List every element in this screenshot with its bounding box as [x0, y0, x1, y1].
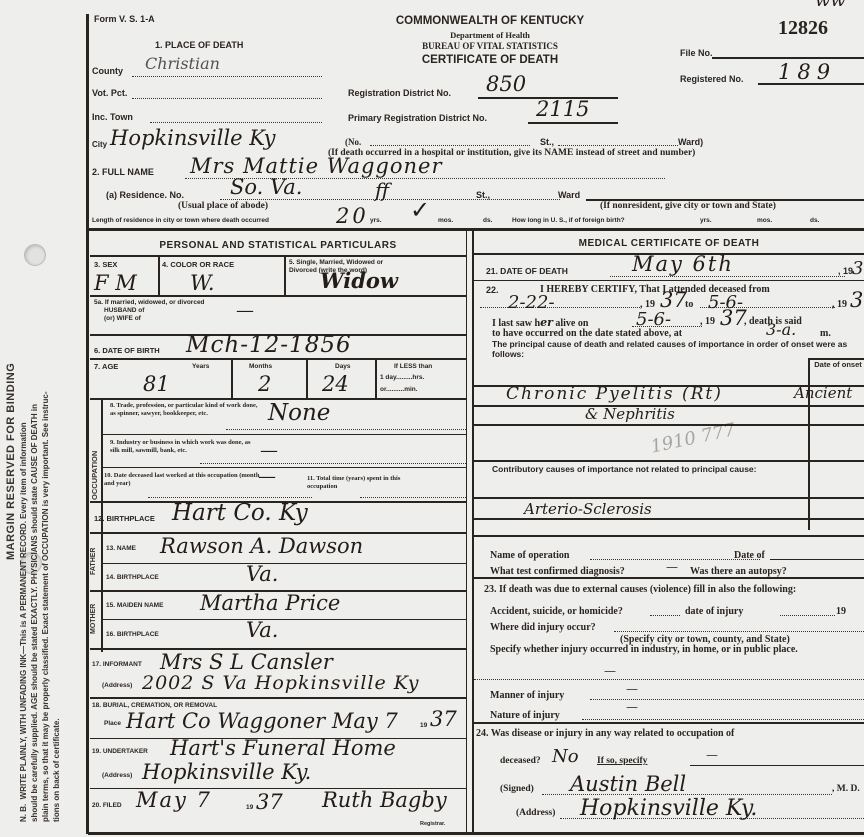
- occurred-label: to have occurred on the date stated abov…: [492, 328, 682, 339]
- nature-rule: [474, 722, 864, 724]
- check-mark: ✓: [410, 196, 430, 224]
- years-label: Years: [192, 363, 209, 371]
- principal-cause-label: The principal cause of death and related…: [492, 339, 864, 359]
- dod-label: 21. DATE OF DEATH: [486, 266, 568, 276]
- filed-year-prefix: 19: [246, 804, 253, 812]
- city-value: Hopkinsville Ky: [110, 126, 275, 150]
- file-no-line: [712, 57, 864, 59]
- date-injury-label: date of injury: [685, 606, 743, 617]
- informant-value: Mrs S L Cansler: [160, 650, 333, 674]
- corner-annotation: ww: [815, 0, 846, 11]
- deceased-value: No: [552, 746, 579, 767]
- cause-2-value: & Nephritis: [585, 405, 675, 423]
- occ-rule-2: [102, 467, 466, 468]
- age-label: 7. AGE: [94, 362, 118, 371]
- binding-hole-top: [24, 244, 46, 266]
- margin-instructions: N. B. WRITE PLAINLY, WITH UNFADING INK—T…: [18, 392, 62, 822]
- operation-rule: [474, 577, 864, 579]
- last-worked-label: 10. Date deceased last worked at this oc…: [104, 472, 269, 488]
- place-of-death-title: 1. PLACE OF DEATH: [155, 40, 243, 50]
- burial-value: Hart Co Waggoner May 7: [126, 709, 398, 733]
- dod-rule: [474, 280, 864, 281]
- certify-number: 22.: [486, 285, 499, 295]
- primary-district-line: [528, 122, 618, 124]
- sex-value: F M: [94, 271, 137, 295]
- mother-rule: [102, 619, 466, 620]
- physician-address-value: Hopkinsville Ky.: [580, 796, 757, 821]
- where-line: [614, 631, 864, 632]
- spouse-value: —: [236, 300, 254, 321]
- spouse-label-3: (or) WIFE of: [104, 315, 141, 323]
- residence-label: (a) Residence. No.: [106, 190, 184, 200]
- registration-district-value: 850: [486, 72, 526, 96]
- test-label: What test confirmed diagnosis?: [490, 566, 625, 577]
- less-than-label: If LESS than: [394, 363, 432, 371]
- md-label: , M. D.: [832, 784, 860, 794]
- father-side-label: FATHER: [90, 548, 97, 575]
- inc-town-label: Inc. Town: [92, 112, 133, 122]
- undertaker-value: Hart's Funeral Home: [170, 736, 396, 760]
- age-days-value: 24: [322, 372, 349, 396]
- test-value: —: [666, 560, 678, 574]
- age-divider-3: [375, 358, 377, 398]
- foreign-birth-label: How long in U. S., if of foreign birth?: [512, 217, 625, 225]
- filed-label: 20. FILED: [92, 802, 122, 810]
- to-year-prefix: , 19: [832, 299, 847, 310]
- date-injury-year: 19: [836, 606, 846, 617]
- margin-reserved-text: MARGIN RESERVED FOR BINDING: [5, 363, 17, 560]
- form-left-border: [86, 14, 89, 834]
- days-label: Days: [335, 363, 351, 371]
- nature-label: Nature of injury: [490, 710, 560, 721]
- mother-side-label: MOTHER: [90, 604, 97, 634]
- ward-label: Ward): [678, 137, 703, 147]
- registrar-label: Registrar.: [420, 821, 445, 827]
- total-time-label: 11. Total time (years) spent in this occ…: [307, 475, 417, 491]
- undertaker-address-label: (Address): [102, 772, 132, 780]
- inc-town-line: [150, 122, 322, 123]
- length-yrs-label: yrs.: [370, 217, 382, 225]
- spouse-label-1: 5a. If married, widowed, or divorced: [94, 299, 205, 307]
- trade-value: None: [268, 400, 330, 426]
- from-value: 2-22-: [508, 292, 555, 313]
- occupation-side-label: OCCUPATION: [90, 451, 99, 500]
- external-label: 23. If death was due to external causes …: [484, 585, 864, 595]
- signed-label: (Signed): [500, 784, 534, 794]
- accident-line: [650, 615, 680, 616]
- filed-year: 37: [256, 790, 283, 814]
- vot-pct-label: Vot. Pct.: [92, 88, 127, 98]
- last-worked-value: —: [258, 466, 276, 487]
- medical-section-title: MEDICAL CERTIFICATE OF DEATH: [474, 238, 864, 249]
- manner-label: Manner of injury: [490, 690, 564, 701]
- row-rule-3: [90, 358, 466, 360]
- primary-district-label: Primary Registration District No.: [348, 113, 487, 123]
- residence-value: So. Va.: [230, 175, 302, 199]
- us-mos-label: mos.: [757, 217, 772, 225]
- or-min-label: or..........min.: [380, 386, 418, 394]
- file-no-label: File No.: [680, 48, 713, 58]
- father-rule: [102, 563, 466, 564]
- specify-where-value: —: [604, 664, 616, 678]
- color-value: W.: [190, 271, 215, 295]
- residence-ward-label: Ward: [558, 190, 580, 200]
- burial-year: 37: [430, 707, 457, 731]
- one-day-label: 1 day.........hrs.: [380, 374, 424, 382]
- alive-year-prefix: , 19: [700, 316, 715, 327]
- where-label: Where did injury occur?: [490, 622, 596, 633]
- commonwealth-title: COMMONWEALTH OF KENTUCKY: [355, 15, 625, 27]
- father-name-label: 13. NAME: [106, 545, 136, 553]
- sex-label: 3. SEX: [94, 260, 117, 269]
- parents-side-divider: [101, 532, 103, 652]
- from-line: [480, 307, 640, 308]
- city-label: City: [92, 140, 107, 149]
- specify-where-label: Specify whether injury occurred in indus…: [490, 645, 864, 655]
- total-time-line: [360, 497, 466, 498]
- informant-address-value: 2002 S Va Hopkinsville Ky: [142, 672, 420, 694]
- father-birthplace-label: 14. BIRTHPLACE: [106, 574, 159, 582]
- operation-date-label: Date of: [734, 550, 765, 561]
- center-divider: [472, 228, 474, 834]
- autopsy-label: Was there an autopsy?: [690, 566, 787, 577]
- cause-rule-3: [474, 424, 864, 426]
- form-number: Form V. S. 1-A: [94, 14, 155, 24]
- no-label: (No.: [345, 137, 361, 147]
- dod-year: 37: [852, 258, 864, 279]
- manner-value: —: [626, 682, 638, 696]
- county-label: County: [92, 66, 123, 76]
- informant-address-label: (Address): [102, 682, 132, 690]
- if-so-value: —: [706, 748, 718, 762]
- cause-1-value: Chronic Pyelitis (Rt): [506, 384, 723, 404]
- if-so-label: If so, specify: [597, 756, 647, 766]
- date-injury-line: [780, 615, 835, 616]
- contrib-rule-3: [474, 535, 864, 537]
- street-no-line: [370, 145, 530, 146]
- alive-on-value: 5-6-: [636, 309, 671, 330]
- death-certificate: MARGIN RESERVED FOR BINDING N. B. WRITE …: [0, 0, 864, 837]
- date-onset-label: Date of onset: [812, 361, 864, 369]
- cause-rule-4: [474, 460, 864, 462]
- length-residence-label: Length of residence in city or town wher…: [92, 217, 269, 225]
- filed-value: May 7: [136, 788, 212, 812]
- to-year: 37: [850, 288, 864, 312]
- county-value: Christian: [145, 54, 220, 73]
- county-line: [132, 76, 322, 77]
- residence-mark: ff: [375, 178, 389, 202]
- bureau-title: BUREAU OF VITAL STATISTICS: [355, 41, 625, 51]
- row-rule-1: [90, 295, 466, 297]
- occupation-question-label: 24. Was disease or injury in any way rel…: [476, 728, 734, 739]
- stamp-number: 12826: [778, 17, 828, 40]
- main-top-border: [88, 228, 864, 231]
- vot-pct-line: [132, 98, 322, 99]
- color-divider: [284, 256, 286, 296]
- personal-header-rule: [90, 255, 466, 257]
- operation-label: Name of operation: [490, 550, 569, 561]
- color-label: 4. COLOR OR RACE: [162, 260, 234, 269]
- trade-line: [226, 429, 466, 430]
- personal-section-title: PERSONAL AND STATISTICAL PARTICULARS: [90, 240, 466, 251]
- informant-label: 17. INFORMANT: [92, 661, 142, 669]
- contrib-rule-1: [474, 497, 864, 499]
- length-ds-label: ds.: [483, 217, 492, 225]
- burial-year-prefix: 19: [420, 722, 427, 730]
- age-months-value: 2: [258, 372, 271, 396]
- undertaker-label: 19. UNDERTAKER: [92, 748, 148, 756]
- dod-year-prefix: , 19: [838, 266, 853, 276]
- nature-value: —: [626, 700, 638, 714]
- months-label: Months: [249, 363, 272, 371]
- contrib-rule-2: [474, 518, 864, 520]
- spouse-label-2: HUSBAND of: [104, 307, 144, 315]
- nature-line: [582, 719, 864, 720]
- burial-place-label: Place: [104, 720, 121, 728]
- primary-district-value: 2115: [536, 97, 589, 121]
- st-label: St.,: [540, 137, 554, 147]
- physician-address-label: (Address): [516, 808, 555, 818]
- mother-name-label: 15. MAIDEN NAME: [106, 602, 163, 610]
- dob-value: Mch-12-1856: [186, 332, 352, 358]
- father-name-value: Rawson A. Dawson: [160, 534, 363, 558]
- certificate-title: CERTIFICATE OF DEATH: [355, 54, 625, 66]
- residence-st-label: St.,: [476, 190, 490, 200]
- marital-value: Widow: [320, 268, 398, 293]
- dod-line: [610, 276, 845, 277]
- age-divider-2: [306, 358, 308, 398]
- signed-value: Austin Bell: [570, 772, 686, 796]
- main-bottom-border: [88, 832, 864, 835]
- us-ds-label: ds.: [810, 217, 819, 225]
- residence-line: [220, 199, 560, 200]
- ward-line: [558, 145, 678, 146]
- operation-date-line: [770, 559, 864, 560]
- undertaker-address-value: Hopkinsville Ky.: [142, 760, 311, 784]
- registered-no-value: 189: [778, 60, 836, 84]
- dod-value: May 6th: [632, 252, 734, 276]
- registration-district-label: Registration District No.: [348, 88, 451, 98]
- if-so-line: [690, 765, 864, 766]
- cause-1-onset: Ancient: [794, 384, 852, 402]
- age-divider-1: [231, 358, 233, 398]
- length-mos-label: mos.: [438, 217, 453, 225]
- father-birthplace-value: Va.: [246, 562, 278, 586]
- trade-label: 8. Trade, profession, or particular kind…: [110, 402, 260, 418]
- deceased-label: deceased?: [500, 756, 541, 766]
- mother-birthplace-label: 16. BIRTHPLACE: [106, 631, 159, 639]
- to-label: to: [685, 299, 693, 310]
- full-name-label: 2. FULL NAME: [92, 167, 154, 177]
- specify-where-line: [474, 679, 864, 680]
- nonresident-note: (If nonresident, give city or town and S…: [600, 201, 776, 211]
- row-rule-9: [90, 697, 466, 699]
- contrib-value: Arterio-Sclerosis: [524, 500, 652, 518]
- sex-divider: [158, 256, 160, 296]
- registrar-signature: Ruth Bagby: [322, 788, 447, 812]
- accident-label: Accident, suicide, or homicide?: [490, 606, 623, 617]
- industry-label: 9. Industry or business in which work wa…: [110, 439, 260, 455]
- occ-rule-1: [102, 434, 466, 435]
- birthplace-value: Hart Co. Ky: [172, 500, 308, 526]
- occurred-value: 3-a.: [766, 320, 796, 339]
- m-label: m.: [820, 328, 831, 339]
- mother-name-value: Martha Price: [200, 591, 340, 615]
- length-residence-value: 20: [336, 204, 369, 228]
- last-worked-line: [148, 497, 312, 498]
- industry-value: —: [260, 440, 278, 461]
- mother-birthplace-value: Va.: [246, 618, 278, 642]
- age-years-value: 81: [143, 372, 170, 396]
- birthplace-label: 12. BIRTHPLACE: [94, 514, 155, 523]
- industry-line: [200, 463, 466, 464]
- registered-no-label: Registered No.: [680, 74, 744, 84]
- us-yrs-label: yrs.: [700, 217, 712, 225]
- alive-year: 37: [720, 306, 747, 330]
- center-divider-inner: [466, 228, 467, 834]
- contrib-label: Contributory causes of importance not re…: [492, 465, 782, 474]
- department-title: Department of Health: [355, 30, 625, 40]
- full-name-value: Mrs Mattie Waggoner: [190, 154, 443, 178]
- dob-label: 6. DATE OF BIRTH: [94, 346, 160, 355]
- usual-abode-note: (Usual place of abode): [178, 201, 268, 211]
